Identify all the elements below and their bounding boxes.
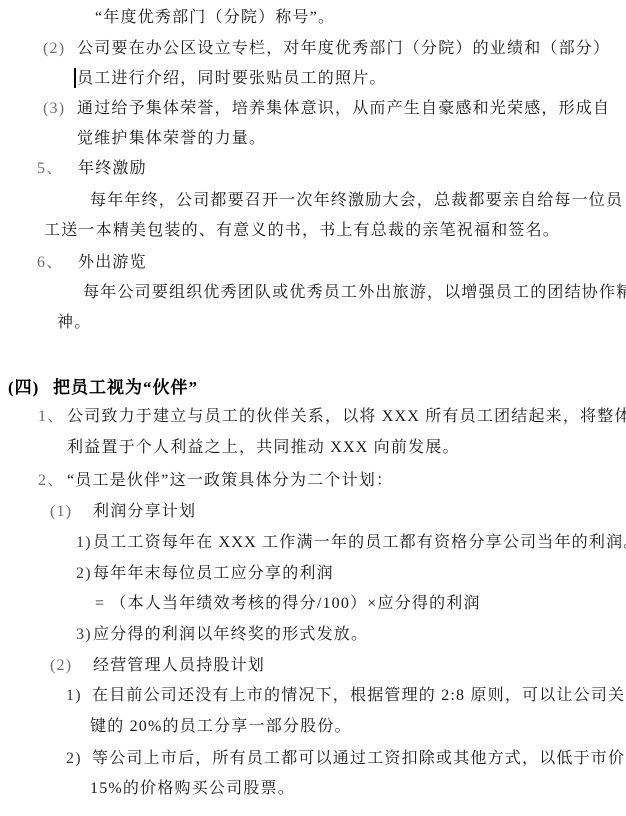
list-marker: (3)	[43, 98, 65, 119]
list-marker: (2)	[43, 38, 65, 59]
text-run: = （本人当年绩效考核的得分/100）×应分得的利润	[95, 593, 481, 614]
text-run: 键的 20%的员工分享一部分股份。	[90, 716, 352, 737]
text-run: 每年公司要组织优秀团队或优秀员工外出旅游，以增强员工的团结协作精	[83, 282, 626, 303]
list-marker: (2)	[50, 655, 72, 676]
document-line: 2)等公司上市后，所有员工都可以通过工资扣除或其他方式，以低于市价	[0, 748, 626, 772]
document-line: 员工进行介绍，同时要张贴员工的照片。	[0, 68, 626, 92]
document-line: 1)在目前公司还没有上市的情况下，根据管理的 2:8 原则，可以让公司关	[0, 685, 626, 709]
document-line: 神。	[0, 312, 626, 336]
text-run: 外出游览	[78, 252, 147, 273]
document-line: 利益置于个人利益之上，共同推动 XXX 向前发展。	[0, 437, 626, 461]
text-run: 工送一本精美包装的、有意义的书，书上有总裁的亲笔祝福和签名。	[44, 220, 560, 241]
document-line: 每年公司要组织优秀团队或优秀员工外出旅游，以增强员工的团结协作精	[0, 282, 626, 306]
text-run: 员工进行介绍，同时要张贴员工的照片。	[77, 68, 387, 89]
text-run: 把员工视为“伙伴”	[53, 377, 198, 398]
text-run: (四)	[8, 377, 39, 398]
text-run: 利润分享计划	[93, 501, 196, 522]
document-line: 1、公司致力于建立与员工的伙伴关系，以将 XXX 所有员工团结起来，将整体	[0, 406, 626, 430]
document-line: 3)应分得的利润以年终奖的形式发放。	[0, 624, 626, 648]
list-marker: 5、	[37, 158, 63, 179]
list-marker: 2、	[38, 470, 64, 491]
list-marker: 3)	[76, 624, 92, 645]
list-marker: 6、	[37, 252, 63, 273]
document-line: (3)通过给予集体荣誉，培养集体意识，从而产生自豪感和光荣感，形成自	[0, 98, 626, 122]
text-run: “员工是伙伴”这一政策具体分为二个计划：	[67, 470, 393, 491]
document-line: 2)每年年末每位员工应分享的利润	[0, 563, 626, 587]
section-heading-line: (四)把员工视为“伙伴”	[0, 377, 626, 401]
text-run: 利益置于个人利益之上，共同推动 XXX 向前发展。	[67, 437, 460, 458]
document-line: 工送一本精美包装的、有意义的书，书上有总裁的亲笔祝福和签名。	[0, 220, 626, 244]
text-run: 通过给予集体荣誉，培养集体意识，从而产生自豪感和光荣感，形成自	[77, 98, 610, 119]
text-run: 年终激励	[78, 158, 147, 179]
text-run: 觉维护集体荣誉的力量。	[77, 128, 266, 149]
document-line: 5、年终激励	[0, 158, 626, 182]
list-marker: 1)	[76, 532, 92, 553]
text-run: 公司致力于建立与员工的伙伴关系，以将 XXX 所有员工团结起来，将整体	[67, 406, 626, 427]
list-marker: 2)	[66, 748, 82, 769]
text-run: 经营管理人员持股计划	[93, 655, 265, 676]
document-line: 键的 20%的员工分享一部分股份。	[0, 716, 626, 740]
document-line: 6、外出游览	[0, 252, 626, 276]
text-run: 每年年终，公司都要召开一次年终激励大会，总裁都要亲自给每一位员	[90, 190, 623, 211]
document-line: 1)员工工资每年在 XXX 工作满一年的员工都有资格分享公司当年的利润。	[0, 532, 626, 556]
document-line: “年度优秀部门（分院）称号”。	[0, 7, 626, 31]
document-line: (1)利润分享计划	[0, 501, 626, 525]
text-run: “年度优秀部门（分院）称号”。	[95, 7, 335, 28]
list-marker: 2)	[76, 563, 92, 584]
text-run: 应分得的利润以年终奖的形式发放。	[93, 624, 368, 645]
text-run: 公司要在办公区设立专栏，对年度优秀部门（分院）的业绩和（部分）	[77, 38, 610, 59]
document-line: 15%的价格购买公司股票。	[0, 778, 626, 802]
text-run: 员工工资每年在 XXX 工作满一年的员工都有资格分享公司当年的利润。	[93, 532, 626, 553]
text-run: 神。	[57, 312, 91, 333]
list-marker: 1)	[66, 685, 82, 706]
text-run: 15%的价格购买公司股票。	[90, 778, 295, 799]
document-line: 觉维护集体荣誉的力量。	[0, 128, 626, 152]
document-page: “年度优秀部门（分院）称号”。(2)公司要在办公区设立专栏，对年度优秀部门（分院…	[0, 0, 626, 816]
text-run: 在目前公司还没有上市的情况下，根据管理的 2:8 原则，可以让公司关	[92, 685, 625, 706]
document-line: 2、“员工是伙伴”这一政策具体分为二个计划：	[0, 470, 626, 494]
document-line: (2)公司要在办公区设立专栏，对年度优秀部门（分院）的业绩和（部分）	[0, 38, 626, 62]
text-run: 等公司上市后，所有员工都可以通过工资扣除或其他方式，以低于市价	[92, 748, 625, 769]
list-marker: 1、	[38, 406, 64, 427]
text-run: 每年年末每位员工应分享的利润	[93, 563, 334, 584]
text-insertion-cursor[interactable]	[74, 68, 76, 88]
document-line: (2)经营管理人员持股计划	[0, 655, 626, 679]
document-line: = （本人当年绩效考核的得分/100）×应分得的利润	[0, 593, 626, 617]
list-marker: (1)	[50, 501, 72, 522]
document-line: 每年年终，公司都要召开一次年终激励大会，总裁都要亲自给每一位员	[0, 190, 626, 214]
